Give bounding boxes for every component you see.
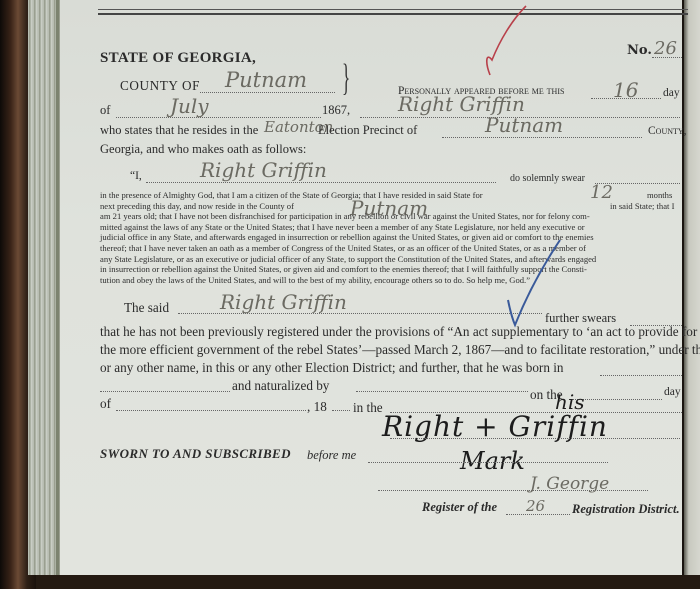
check-marks (60, 0, 682, 575)
registration-oath-page: STATE OF GEORGIA, COUNTY OF Putnam } No.… (60, 0, 682, 575)
red-check-icon (487, 6, 526, 75)
gutter-line (56, 0, 59, 575)
blue-check-icon (508, 240, 560, 325)
facing-page-edge (684, 0, 700, 589)
book-bottom-edge (36, 575, 700, 589)
